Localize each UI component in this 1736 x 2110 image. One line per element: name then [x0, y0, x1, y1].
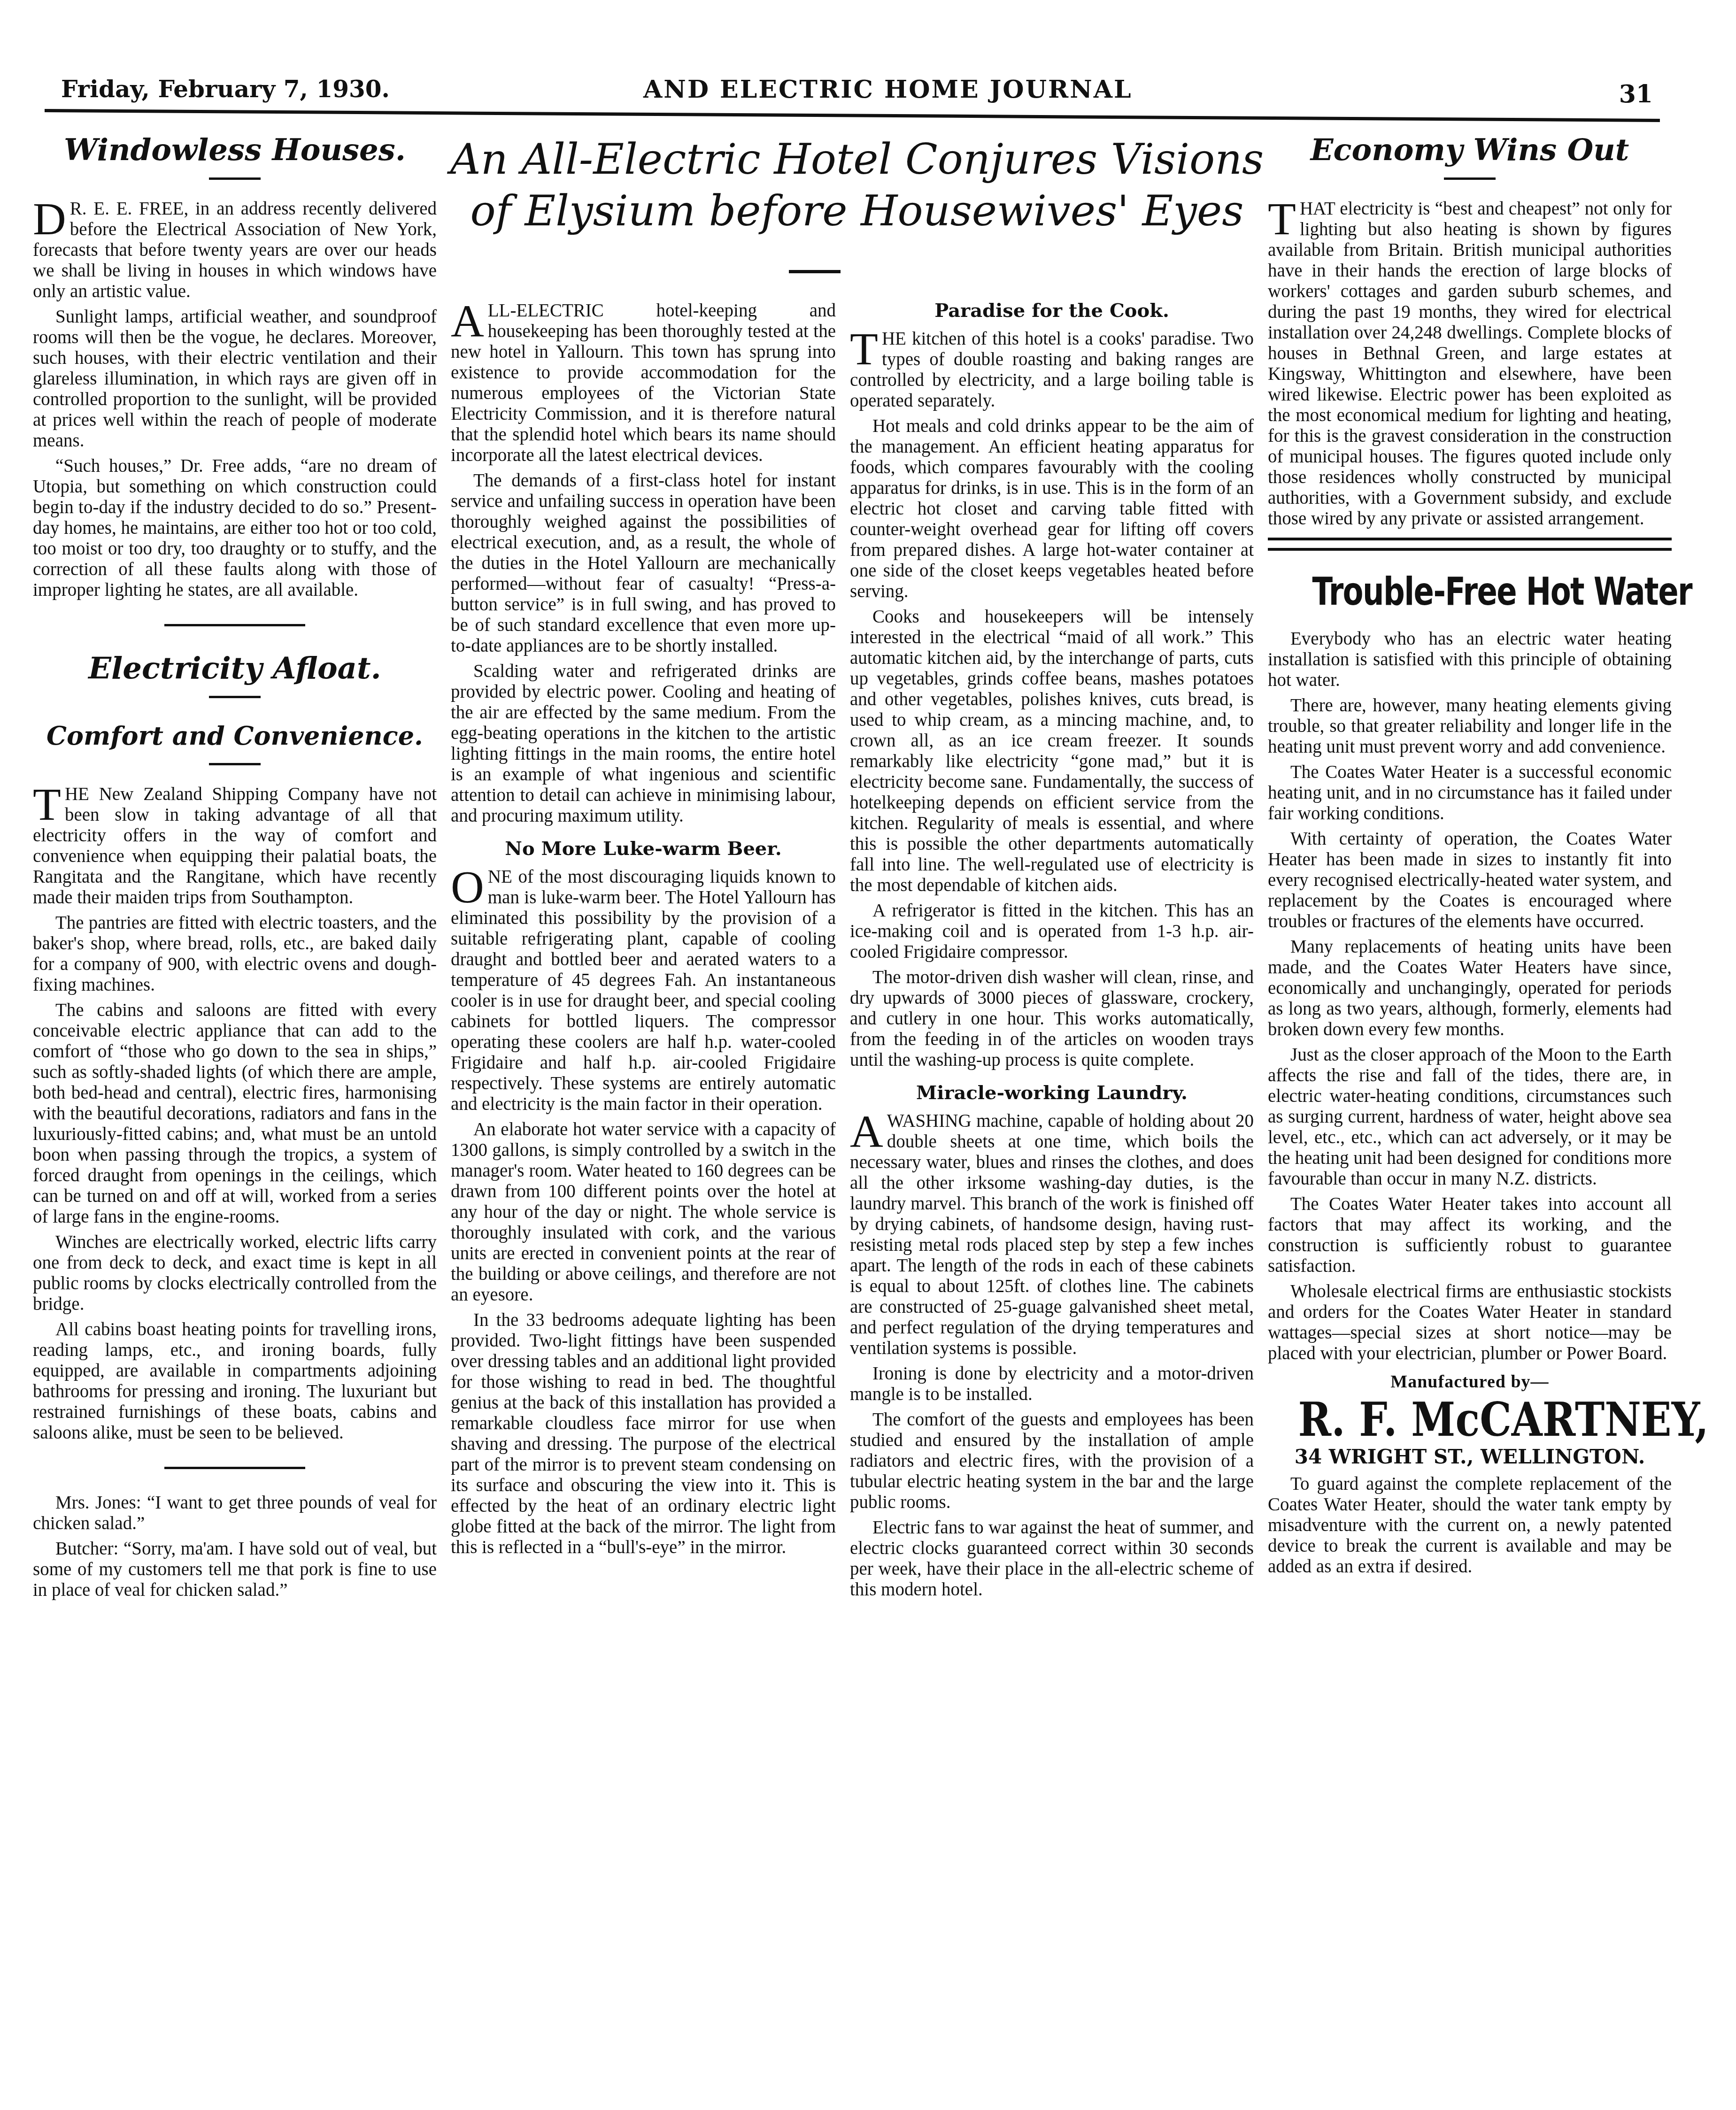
divider [209, 763, 261, 765]
page-number: 31 [1619, 80, 1653, 108]
windowless-title: Windowless Houses. [33, 131, 437, 169]
beer-subhead: No More Luke-warm Beer. [451, 839, 836, 859]
company-address: 34 WRIGHT ST., WELLINGTON. [1268, 1447, 1672, 1467]
advert-para-3: The Coates Water Heater is a successful … [1268, 762, 1672, 824]
afloat-para-5: All cabins boast heating points for trav… [33, 1319, 437, 1443]
afloat-para-1: THE New Zealand Shipping Company have no… [33, 784, 437, 908]
beer-para-3: In the 33 bedrooms adequate lighting has… [451, 1310, 836, 1558]
advert-para-7: The Coates Water Heater takes into accou… [1268, 1194, 1672, 1277]
laundry-para-4: Electric fans to war against the heat of… [850, 1517, 1254, 1600]
hotel-intro-3: Scalding water and refrigerated drinks a… [451, 661, 836, 826]
afloat-para-2: The pantries are fitted with electric to… [33, 913, 437, 995]
divider [164, 624, 305, 626]
advert-headline: Trouble-Free Hot Water [1312, 570, 1628, 615]
divider [1444, 177, 1496, 180]
dropcap: T [850, 331, 878, 368]
beer-para-2: An elaborate hot water service with a ca… [451, 1119, 836, 1305]
joke-para-2: Butcher: “Sorry, ma'am. I have sold out … [33, 1539, 437, 1601]
divider [209, 696, 261, 698]
laundry-para-2: Ironing is done by electricity and a mot… [850, 1363, 1254, 1405]
advert-para-1: Everybody who has an electric water heat… [1268, 629, 1672, 691]
advert-para-2: There are, however, many heating element… [1268, 695, 1672, 757]
laundry-subhead: Miracle-working Laundry. [850, 1083, 1254, 1103]
manufactured-by: Manufactured by— [1268, 1371, 1672, 1392]
advert-para-6: Just as the closer approach of the Moon … [1268, 1045, 1672, 1189]
laundry-para-1: A WASHING machine, capable of holding ab… [850, 1111, 1254, 1359]
double-divider [1268, 538, 1672, 551]
dropcap: A [850, 1113, 883, 1150]
beer-para-1: ONE of the most discouraging liquids kno… [451, 867, 836, 1115]
joke-para-1: Mrs. Jones: “I want to get three pounds … [33, 1493, 437, 1534]
column-1: Windowless Houses. DR. E. E. FREE, in an… [33, 127, 437, 1605]
cook-para-2: Hot meals and cold drinks appear to be t… [850, 416, 1254, 602]
column-4: Economy Wins Out THAT electricity is “be… [1268, 127, 1672, 1582]
afloat-para-4: Winches are electrically worked, electri… [33, 1232, 437, 1315]
issue-date: Friday, February 7, 1930. [61, 75, 390, 103]
afloat-title: Electricity Afloat. [33, 650, 437, 687]
column-2: ALL-ELECTRIC hotel-keeping and housekeep… [451, 300, 836, 1563]
cook-para-5: The motor-driven dish washer will clean,… [850, 967, 1254, 1070]
cook-para-1: THE kitchen of this hotel is a cooks' pa… [850, 329, 1254, 411]
dropcap: A [451, 302, 484, 340]
masthead: Friday, February 7, 1930. AND ELECTRIC H… [42, 70, 1662, 108]
economy-para-1: THAT electricity is “best and cheapest” … [1268, 199, 1672, 529]
afloat-para-3: The cabins and saloons are fitted with e… [33, 1000, 437, 1227]
laundry-para-3: The comfort of the guests and employees … [850, 1409, 1254, 1513]
windowless-para-2: Sunlight lamps, artificial weather, and … [33, 307, 437, 451]
advert-footer: To guard against the complete replacemen… [1268, 1474, 1672, 1577]
dropcap: D [33, 200, 66, 238]
hotel-headline: An All-Electric Hotel Conjures Visions o… [446, 134, 1268, 237]
cook-para-3: Cooks and housekeepers will be intensely… [850, 607, 1254, 896]
advert-para-8: Wholesale electrical firms are enthusias… [1268, 1281, 1672, 1364]
masthead-rule [45, 109, 1660, 122]
cook-subhead: Paradise for the Cook. [850, 300, 1254, 321]
hotel-intro-2: The demands of a first-class hotel for i… [451, 470, 836, 656]
windowless-para-3: “Such houses,” Dr. Free adds, “are no dr… [33, 456, 437, 601]
economy-title: Economy Wins Out [1268, 131, 1672, 169]
dropcap: T [33, 786, 61, 824]
hotel-intro-1: ALL-ELECTRIC hotel-keeping and housekeep… [451, 300, 836, 466]
afloat-subtitle: Comfort and Convenience. [33, 717, 437, 755]
dropcap: T [1268, 200, 1296, 238]
column-3: Paradise for the Cook. THE kitchen of th… [850, 300, 1254, 1605]
cook-para-4: A refrigerator is fitted in the kitchen.… [850, 901, 1254, 963]
advert-para-5: Many replacements of heating units have … [1268, 937, 1672, 1040]
divider [209, 177, 261, 180]
advert-para-4: With certainty of operation, the Coates … [1268, 829, 1672, 932]
dropcap: O [451, 869, 484, 906]
divider [164, 1467, 305, 1469]
company-name: R. F. McCARTNEY, [1298, 1392, 1642, 1447]
divider [789, 270, 841, 273]
journal-title: AND ELECTRIC HOME JOURNAL [643, 75, 1133, 104]
windowless-para-1: DR. E. E. FREE, in an address recently d… [33, 199, 437, 302]
